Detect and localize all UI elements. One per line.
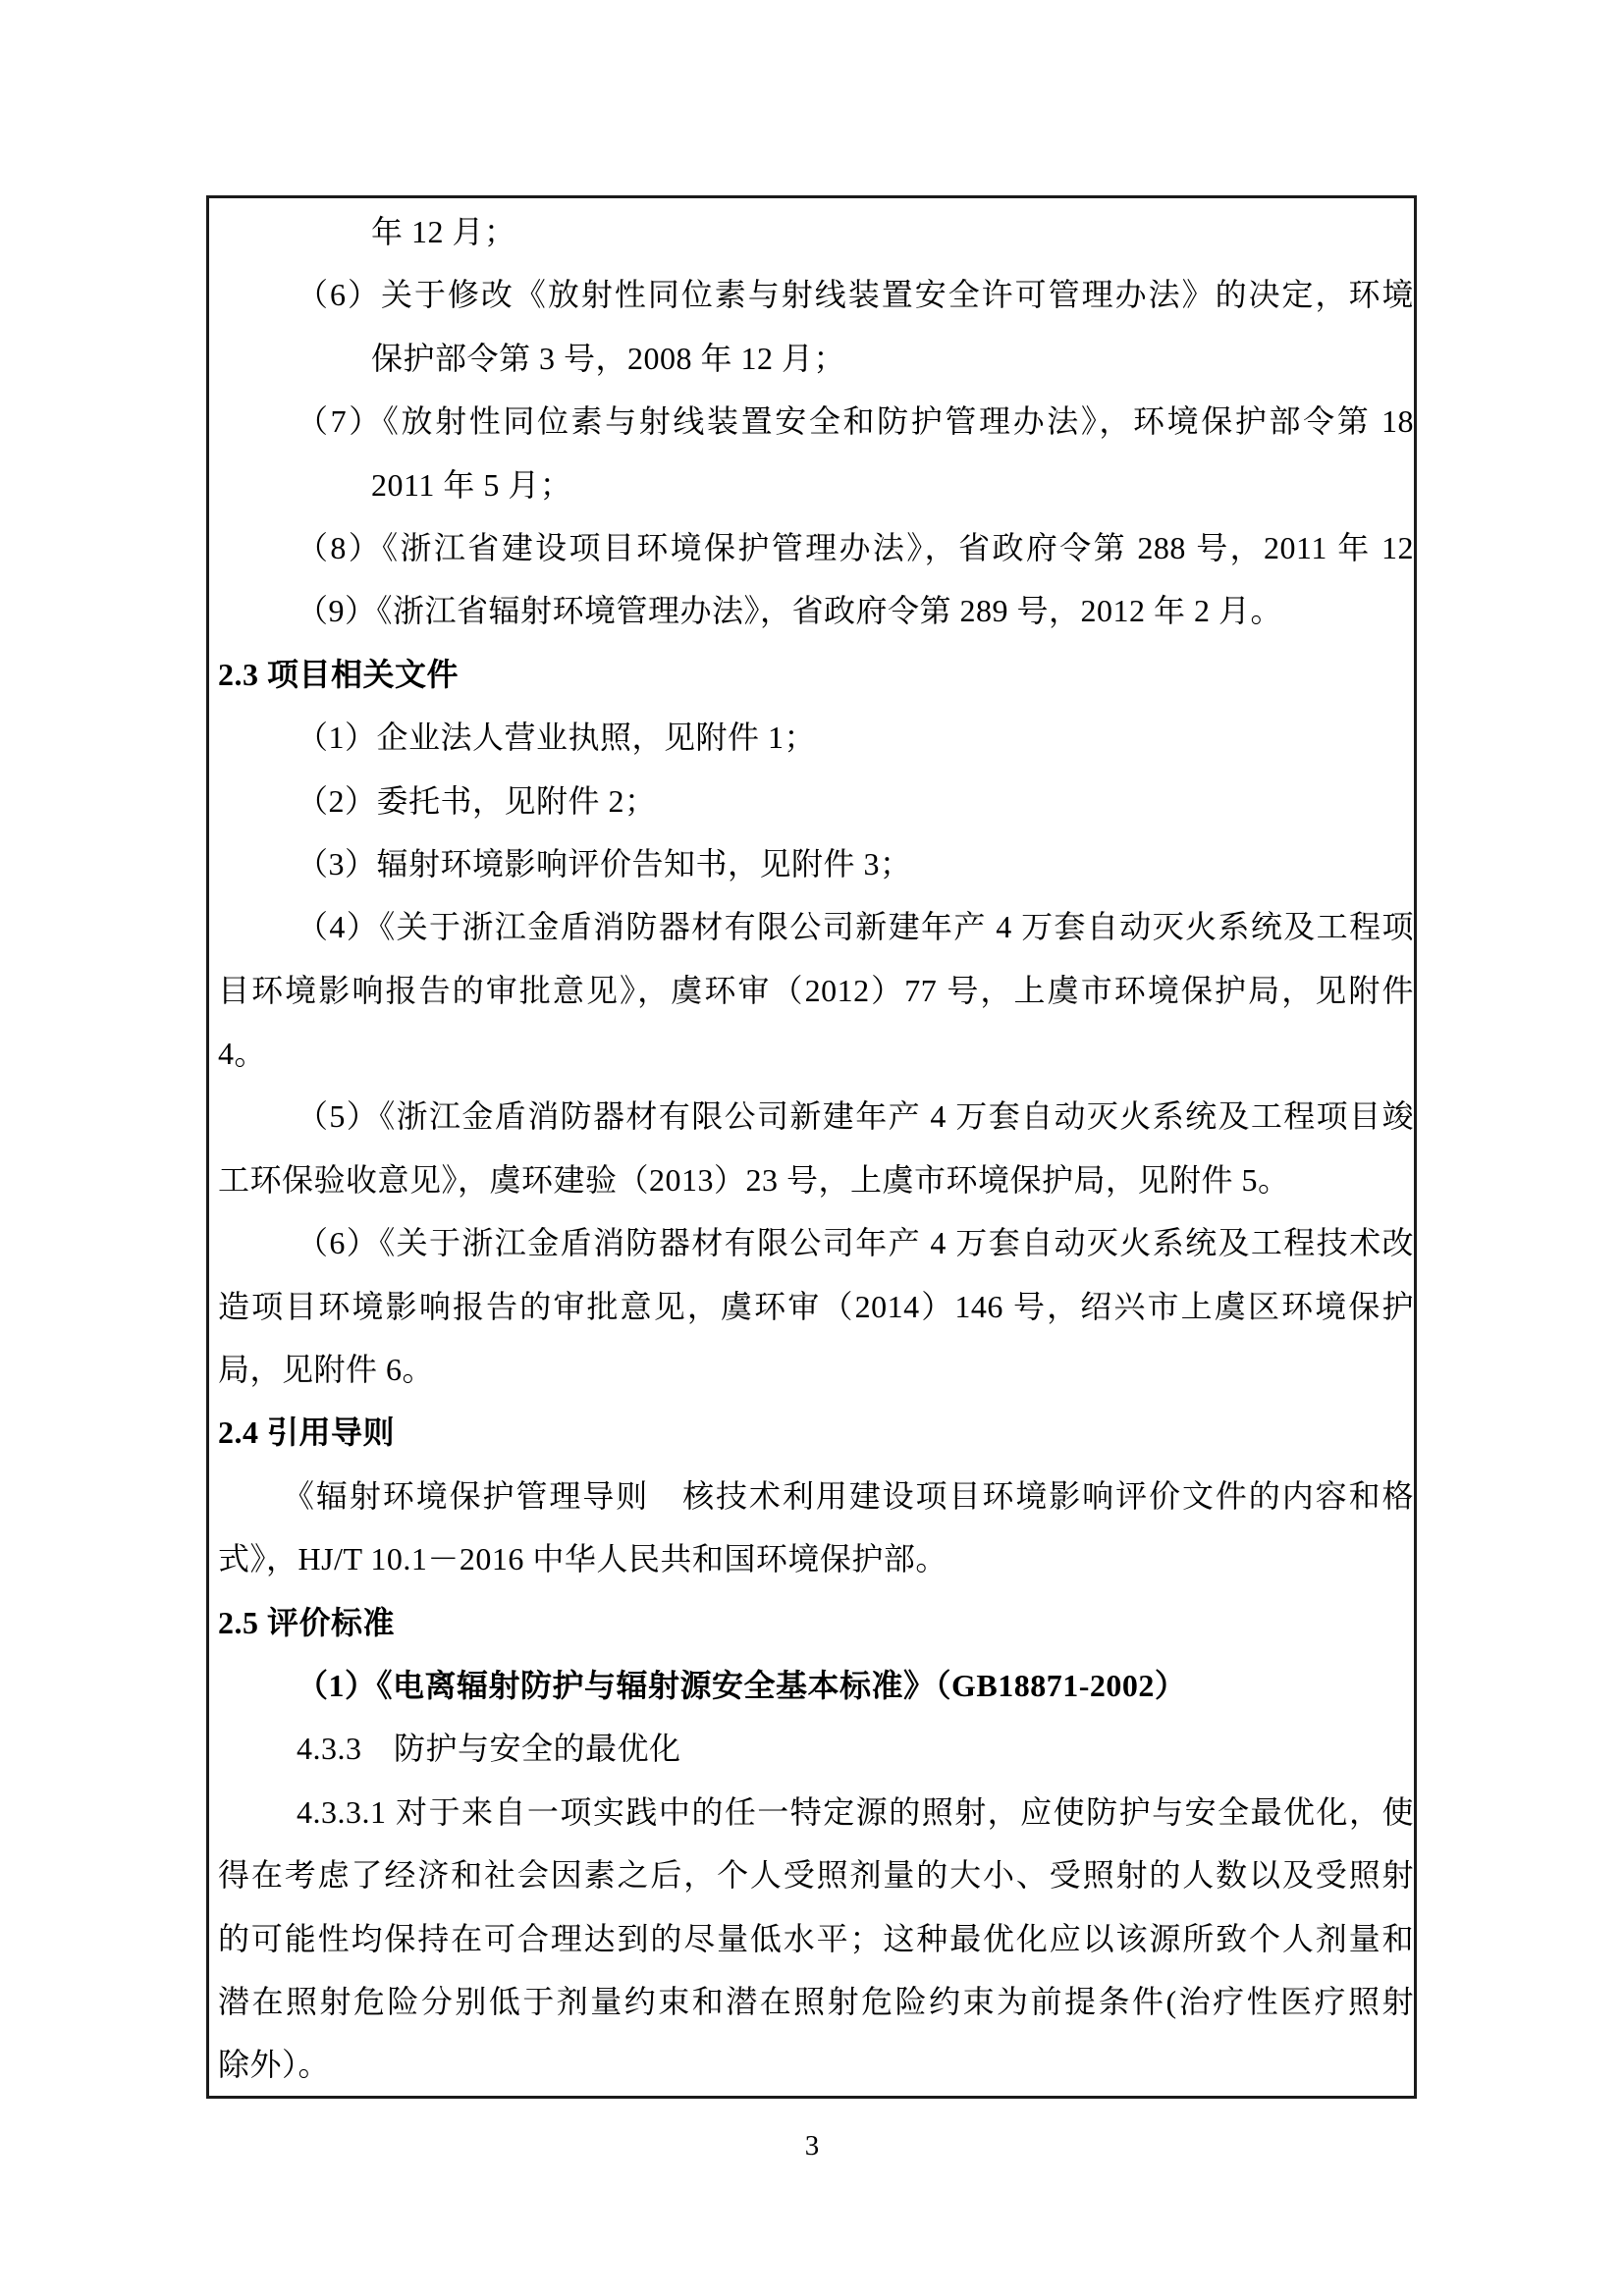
doc-line: 得在考虑了经济和社会因素之后，个人受照剂量的大小、受照射的人数以及受照射: [218, 1843, 1414, 1906]
document-text-frame: 年 12 月； （6）关于修改《放射性同位素与射线装置安全许可管理办法》的决定，…: [206, 195, 1417, 2099]
doc-line: 4.3.3.1 对于来自一项实践中的任一特定源的照射，应使防护与安全最优化，使: [218, 1781, 1414, 1843]
heading-2-5: 2.5 评价标准: [218, 1591, 1414, 1654]
doc-line: 式》，HJ/T 10.1－2016 中华人民共和国环境保护部。: [218, 1527, 1414, 1590]
page-number: 3: [0, 2128, 1624, 2163]
page: 年 12 月； （6）关于修改《放射性同位素与射线装置安全许可管理办法》的决定，…: [0, 0, 1624, 2296]
doc-line: （6）《关于浙江金盾消防器材有限公司年产 4 万套自动灭火系统及工程技术改: [218, 1211, 1414, 1274]
standard-title: （1）《电离辐射防护与辐射源安全基本标准》（GB18871-2002）: [218, 1654, 1414, 1717]
doc-line: （9）《浙江省辐射环境管理办法》，省政府令第 289 号，2012 年 2 月。: [218, 579, 1414, 642]
doc-line: 《辐射环境保护管理导则 核技术利用建设项目环境影响评价文件的内容和格: [218, 1465, 1414, 1527]
doc-line: （4）《关于浙江金盾消防器材有限公司新建年产 4 万套自动灭火系统及工程项: [218, 895, 1414, 958]
doc-line: 潜在照射危险分别低于剂量约束和潜在照射危险约束为前提条件(治疗性医疗照射: [218, 1970, 1414, 2033]
heading-2-3: 2.3 项目相关文件: [218, 643, 1414, 706]
doc-line: 保护部令第 3 号，2008 年 12 月；: [218, 327, 1414, 390]
doc-line: 目环境影响报告的审批意见》，虞环审（2012）77 号，上虞市环境保护局，见附件: [218, 959, 1414, 1022]
doc-line: （3）辐射环境影响评价告知书，见附件 3；: [218, 832, 1414, 895]
heading-2-4: 2.4 引用导则: [218, 1401, 1414, 1464]
doc-line: 年 12 月；: [218, 200, 1414, 263]
doc-line: 4。: [218, 1022, 1414, 1085]
doc-line: 的可能性均保持在可合理达到的尽量低水平；这种最优化应以该源所致个人剂量和: [218, 1907, 1414, 1970]
doc-line: 造项目环境影响报告的审批意见，虞环审（2014）146 号，绍兴市上虞区环境保护: [218, 1275, 1414, 1338]
doc-line: （5）《浙江金盾消防器材有限公司新建年产 4 万套自动灭火系统及工程项目竣: [218, 1085, 1414, 1148]
doc-line: 4.3.3 防护与安全的最优化: [218, 1717, 1414, 1780]
doc-line: （2）委托书，见附件 2；: [218, 770, 1414, 832]
doc-line: （1）企业法人营业执照，见附件 1；: [218, 706, 1414, 769]
doc-line: 除外）。: [218, 2033, 1414, 2096]
doc-line: 工环保验收意见》，虞环建验（2013）23 号，上虞市环境保护局，见附件 5。: [218, 1148, 1414, 1211]
doc-line: （6）关于修改《放射性同位素与射线装置安全许可管理办法》的决定，环境: [218, 263, 1414, 326]
doc-line: 局，见附件 6。: [218, 1338, 1414, 1401]
doc-line: （8）《浙江省建设项目环境保护管理办法》，省政府令第 288 号，2011 年 …: [218, 516, 1414, 579]
doc-line: 2011 年 5 月；: [218, 454, 1414, 516]
doc-line: （7）《放射性同位素与射线装置安全和防护管理办法》，环境保护部令第 18 号，: [218, 390, 1414, 453]
